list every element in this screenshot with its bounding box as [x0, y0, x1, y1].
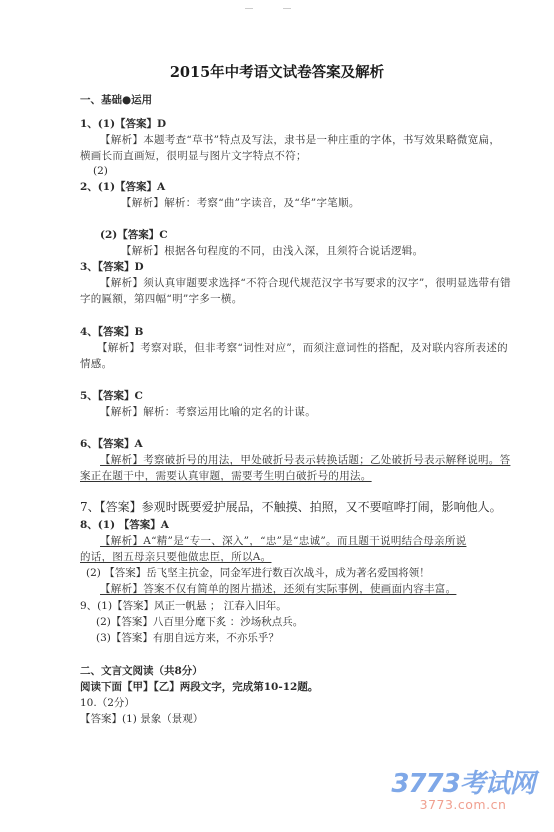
q1-1-answer: 1、(1)【答案】D	[80, 117, 166, 131]
q3-analysis: 【解析】须认真审题要求选择“不符合现代规范汉字书写要求的汉字”，很明显选带有错	[100, 276, 511, 290]
q3-answer: 3、【答案】D	[80, 260, 144, 274]
q6-answer: 6、【答案】A	[80, 437, 143, 451]
reading-instruction: 阅读下面【甲】【乙】两段文字，完成第10-12题。	[80, 680, 318, 694]
q8-1-answer: 8、(1) 【答案】A	[80, 518, 169, 532]
section-heading-classical: 二、文言文阅读（共8分）	[80, 664, 203, 678]
q6-analysis: 【解析】考察破折号的用法，甲处破折号表示转换话题；乙处破折号表示解释说明。答	[100, 453, 510, 467]
q7-answer: 7、【答案】参观时既要爱护展品，不触摸、拍照，又不要喧哗打闹，影响他人。	[80, 500, 502, 514]
q2-1-answer: 2、(1)【答案】A	[80, 180, 165, 194]
q8-1-analysis: 【解析】A“精”是“专一、深入”，“忠”是“忠诚”。而且题干说明结合母亲所说	[100, 534, 466, 548]
q2-2-answer: (2)【答案】C	[100, 228, 168, 242]
q2-2-analysis: 【解析】根据各句程度的不同，由浅入深，且须符合说话逻辑。	[121, 244, 423, 258]
watermark: 3773考试网 3773.com.cn	[388, 770, 538, 812]
q9-1-answer: 9、(1)【答案】风正一帆悬 ； 江春入旧年。	[80, 599, 287, 613]
q4-analysis-cont: 情感。	[80, 357, 112, 371]
q10-answer: 【答案】(1) 景象（景观）	[80, 712, 203, 726]
watermark-brand: 3773考试网	[388, 770, 538, 798]
q2-1-analysis: 【解析】解析：考察“曲”字读音，及“华”字笔顺。	[121, 196, 360, 210]
q4-answer: 4、【答案】B	[80, 325, 143, 339]
scan-speck	[283, 8, 291, 9]
scan-speck	[245, 8, 253, 9]
q8-2-answer: (2) 【答案】岳飞坚主抗金，同金军进行数百次战斗，成为著名爱国将领！	[86, 566, 430, 580]
q9-2-answer: (2)【答案】八百里分麾下炙 ：沙场秋点兵。	[96, 615, 303, 629]
q9-3-answer: (3)【答案】有朋自远方来，不亦乐乎？	[96, 631, 279, 645]
q8-2-analysis: 【解析】答案不仅有简单的图片描述，还须有实际事例，使画面内容丰富。	[100, 582, 456, 596]
watermark-url: 3773.com.cn	[388, 798, 538, 812]
q1-1-analysis-cont: 横画长而直画短，很明显与图片文字特点不符；	[80, 149, 307, 163]
section-heading-basics: 一、基础●运用	[80, 93, 152, 107]
q3-analysis-cont: 字的匾额，第四幅“明”字多一横。	[80, 292, 243, 306]
q6-analysis-cont: 案正在题干中，需要认真审题，需要考生明白破折号的用法。	[80, 469, 372, 483]
q1-1-analysis: 【解析】本题考查“草书”特点及写法，隶书是一种庄重的字体，书写效果略微宽扁，	[100, 133, 500, 147]
q8-1-analysis-cont: 的话，图五母亲只要他做忠臣，所以A。	[80, 550, 271, 564]
q10-label: 10.（2分）	[80, 696, 135, 710]
page-title: 2015年中考语文试卷答案及解析	[0, 61, 554, 82]
q1-2-label: (2)	[93, 164, 108, 178]
q5-analysis: 【解析】解析：考察运用比喻的定名的计谋。	[100, 405, 316, 419]
q4-analysis: 【解析】考察对联，但非考察“词性对应”，而须注意词性的搭配，及对联内容所表述的	[97, 341, 508, 355]
q5-answer: 5、【答案】C	[80, 389, 143, 403]
